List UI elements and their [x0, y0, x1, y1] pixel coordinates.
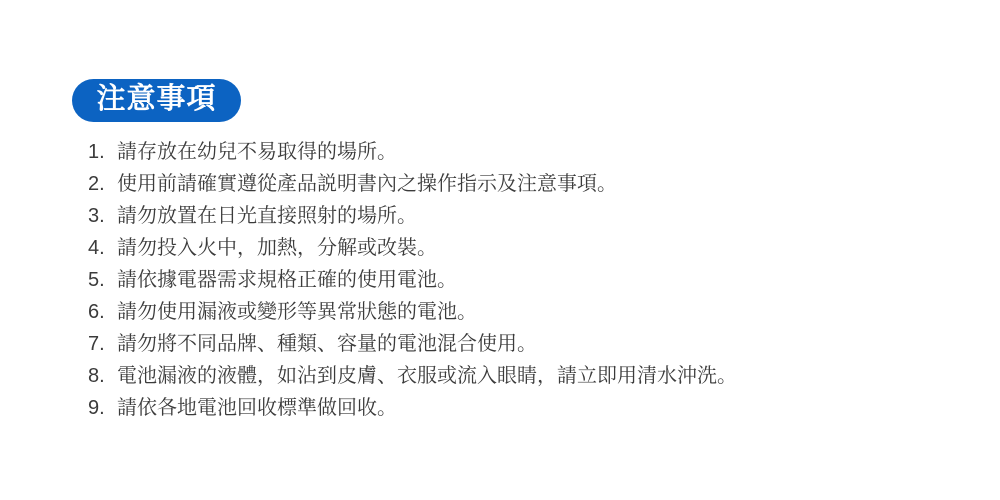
list-item: 8.電池漏液的液體，如沾到皮膚、衣服或流入眼睛，請立即用清水沖洗。: [88, 360, 968, 392]
list-item: 9.請依各地電池回收標準做回收。: [88, 392, 968, 424]
notes-list: 1.請存放在幼兒不易取得的場所。2.使用前請確實遵從產品説明書內之操作指示及注意…: [88, 136, 968, 424]
section-title-badge: 注意事項: [72, 79, 241, 122]
item-text: 請勿投入火中，加熱，分解或改裝。: [117, 232, 437, 264]
list-item: 7.請勿將不同品牌、種類、容量的電池混合使用。: [88, 328, 968, 360]
item-text: 請勿放置在日光直接照射的場所。: [117, 200, 417, 232]
item-number: 5.: [88, 264, 109, 296]
item-number: 4.: [88, 232, 109, 264]
item-text: 使用前請確實遵從產品説明書內之操作指示及注意事項。: [117, 168, 617, 200]
list-item: 5.請依據電器需求規格正確的使用電池。: [88, 264, 968, 296]
precautions-page: 注意事項 1.請存放在幼兒不易取得的場所。2.使用前請確實遵從產品説明書內之操作…: [0, 0, 1000, 500]
item-text: 請存放在幼兒不易取得的場所。: [117, 136, 397, 168]
item-text: 電池漏液的液體，如沾到皮膚、衣服或流入眼睛，請立即用清水沖洗。: [117, 360, 737, 392]
item-text: 請依據電器需求規格正確的使用電池。: [117, 264, 457, 296]
item-number: 8.: [88, 360, 109, 392]
section-title-label: 注意事項: [96, 85, 216, 114]
item-text: 請依各地電池回收標準做回收。: [117, 392, 397, 424]
list-item: 3.請勿放置在日光直接照射的場所。: [88, 200, 968, 232]
item-text: 請勿將不同品牌、種類、容量的電池混合使用。: [117, 328, 537, 360]
item-number: 1.: [88, 136, 109, 168]
list-item: 2.使用前請確實遵從產品説明書內之操作指示及注意事項。: [88, 168, 968, 200]
list-item: 4.請勿投入火中，加熱，分解或改裝。: [88, 232, 968, 264]
item-number: 2.: [88, 168, 109, 200]
item-number: 3.: [88, 200, 109, 232]
item-number: 7.: [88, 328, 109, 360]
item-text: 請勿使用漏液或變形等異常狀態的電池。: [117, 296, 477, 328]
item-number: 6.: [88, 296, 109, 328]
list-item: 1.請存放在幼兒不易取得的場所。: [88, 136, 968, 168]
list-item: 6.請勿使用漏液或變形等異常狀態的電池。: [88, 296, 968, 328]
item-number: 9.: [88, 392, 109, 424]
